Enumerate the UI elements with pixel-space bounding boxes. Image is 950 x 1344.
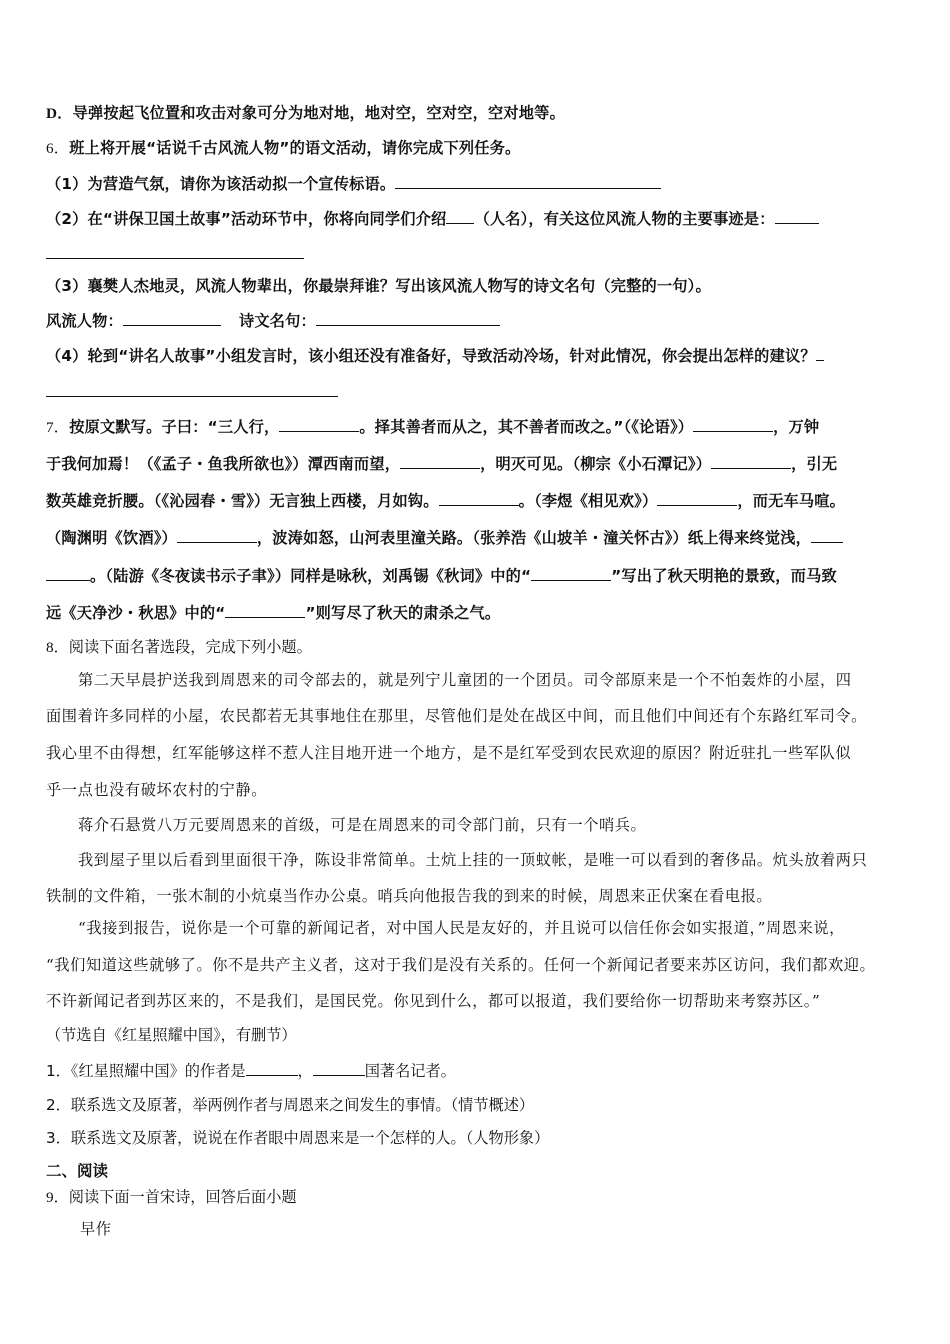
- q7-text: 于我何加焉！（《孟子・鱼我所欲也》）潭西南而望，: [46, 455, 400, 473]
- q8-sub1-text: 1．《红星照耀中国》的作者是: [46, 1062, 246, 1080]
- passage-line: 不许新闻记者到苏区来的，不是我们，是国民党。你见到什么，都可以报道，我们要给你一…: [46, 991, 820, 1011]
- recitation-blank[interactable]: [177, 527, 257, 543]
- quote-blank[interactable]: [316, 310, 500, 326]
- q9-stem: 9．阅读下面一首宋诗，回答后面小题: [46, 1187, 297, 1208]
- deeds-blank[interactable]: [775, 208, 819, 224]
- q8-sub1-text: 国著名记者。: [365, 1062, 456, 1080]
- q5-option-d: D．导弹按起飞位置和攻击对象可分为地对地，地对空，空对空，空对地等。: [46, 103, 565, 124]
- q7-text: 远《天净沙・秋思》中的“: [46, 604, 225, 622]
- recitation-blank[interactable]: [279, 416, 359, 432]
- q7-line-1: 7．按原文默写。子曰：“三人行，。择其善者而从之，其不善者而改之。”（《论语》）…: [46, 416, 819, 438]
- q7-text: 。（陆游《冬夜读书示子聿》）同样是咏秋，刘禹锡《秋词》中的“: [90, 567, 531, 585]
- q7-text: ”写出了秋天明艳的景致，而马致: [611, 567, 837, 585]
- q8-sub2: 2．联系选文及原著，举两例作者与周恩来之间发生的事情。（情节概述）: [46, 1095, 534, 1115]
- passage-line: 我心里不由得想，红军能够这样不惹人注目地开进一个地方，是不是红军受到农民欢迎的原…: [46, 743, 851, 763]
- q6-sub4-text: （4）轮到“讲名人故事”小组发言时，该小组还没有准备好，导致活动冷场，针对此情况…: [46, 347, 816, 365]
- q6-sub3: （3）襄樊人杰地灵，风流人物辈出，你最崇拜谁？写出该风流人物写的诗文名句（完整的…: [46, 276, 711, 296]
- recitation-blank[interactable]: [400, 453, 480, 469]
- exam-page: D．导弹按起飞位置和攻击对象可分为地对地，地对空，空对空，空对地等。 6．班上将…: [0, 0, 950, 1344]
- q6-sub3-answers: 风流人物：诗文名句：: [46, 310, 500, 331]
- q8-sub3: 3．联系选文及原著，说说在作者眼中周恩来是一个怎样的人。（人物形象）: [46, 1128, 549, 1148]
- q7-text: 。（李煜《相见欢》）: [519, 492, 658, 510]
- q7-line-2: 于我何加焉！（《孟子・鱼我所欲也》）潭西南而望，，明灭可见。（柳宗《小石潭记》）…: [46, 453, 837, 474]
- passage-line: “我接到报告，说你是一个可靠的新闻记者，对中国人民是友好的，并且说可以信任你会如…: [46, 918, 845, 938]
- q6-sub4: （4）轮到“讲名人故事”小组发言时，该小组还没有准备好，导致活动冷场，针对此情况…: [46, 345, 824, 366]
- passage-line: 乎一点也没有破坏农村的宁静。: [46, 780, 267, 800]
- recitation-blank[interactable]: [439, 490, 519, 506]
- q6-stem: 6．班上将开展“话说千古风流人物”的语文活动，请你完成下列任务。: [46, 138, 520, 159]
- q7-line-6: 远《天净沙・秋思》中的“”则写尽了秋天的肃杀之气。: [46, 602, 500, 623]
- q7-text: 。择其善者而从之，其不善者而改之。”（《论语》）: [359, 418, 693, 436]
- q7-line-5: 。（陆游《冬夜读书示子聿》）同样是咏秋，刘禹锡《秋词》中的“”写出了秋天明艳的景…: [46, 565, 837, 586]
- q7-text: ”则写尽了秋天的肃杀之气。: [305, 604, 500, 622]
- passage-line: 蒋介石悬赏八万元要周恩来的首级，可是在周恩来的司令部门前，只有一个哨兵。: [46, 815, 646, 835]
- q8-number: 8．: [46, 639, 69, 656]
- q7-text: 按原文默写。子曰：“三人行，: [69, 418, 279, 436]
- recitation-blank[interactable]: [531, 565, 611, 581]
- q9-stem-text: 阅读下面一首宋诗，回答后面小题: [69, 1188, 297, 1206]
- answer-blank[interactable]: [395, 173, 661, 189]
- q6-sub1-text: （1）为营造气氛，请你为该活动拟一个宣传标语。: [46, 175, 395, 193]
- answer-line[interactable]: [46, 396, 338, 397]
- q8-sub1: 1．《红星照耀中国》的作者是，国著名记者。: [46, 1060, 456, 1081]
- option-d-text: 导弹按起飞位置和攻击对象可分为地对地，地对空，空对空，空对地等。: [73, 104, 565, 122]
- q7-text: ，万钟: [773, 418, 819, 436]
- suggestion-blank[interactable]: [816, 345, 824, 361]
- q9-number: 9．: [46, 1189, 69, 1206]
- q8-sub1-text: ，: [298, 1062, 313, 1080]
- q7-text: （陶渊明《饮酒》）: [46, 529, 177, 547]
- q6-number: 6．: [46, 140, 69, 157]
- option-d-label: D．: [46, 105, 73, 122]
- passage-line: 面围着许多同样的小屋，农民都若无其事地住在那里，尽管他们是处在战区中间，而且他们…: [46, 706, 867, 726]
- passage-line: 第二天早晨护送我到周恩来的司令部去的，就是列宁儿童团的一个团员。司令部原来是一个…: [46, 670, 852, 690]
- q6-sub2-text-a: （2）在“讲保卫国土故事”活动环节中，你将向同学们介绍: [46, 210, 446, 228]
- passage-line: “我们知道这些就够了。你不是共产主义者，这对于我们是没有关系的。任何一个新闻记者…: [46, 955, 875, 975]
- q7-number: 7．: [46, 419, 69, 436]
- q7-line-3: 数英雄竞折腰。（《沁园春・雪》）无言独上西楼，月如钩。。（李煜《相见欢》），而无…: [46, 490, 845, 511]
- q7-text: ，引无: [791, 455, 837, 473]
- passage-line: 铁制的文件箱，一张木制的小炕桌当作办公桌。哨兵向他报告我的到来的时候，周恩来正伏…: [46, 886, 772, 906]
- q6-sub3-text: （3）襄樊人杰地灵，风流人物辈出，你最崇拜谁？写出该风流人物写的诗文名句（完整的…: [46, 277, 711, 295]
- poem-title: 早作: [80, 1219, 112, 1239]
- q6-stem-text: 班上将开展“话说千古风流人物”的语文活动，请你完成下列任务。: [69, 139, 520, 157]
- recitation-blank[interactable]: [657, 490, 737, 506]
- passage-line: 我到屋子里以后看到里面很干净，陈设非常简单。土炕上挂的一顶蚊帐，是唯一可以看到的…: [46, 850, 867, 870]
- q8-stem-text: 阅读下面名著选段，完成下列小题。: [69, 638, 312, 656]
- recitation-blank[interactable]: [225, 602, 305, 618]
- passage-source: （节选自《红星照耀中国》，有删节）: [46, 1025, 297, 1045]
- person-blank[interactable]: [123, 310, 221, 326]
- q6-sub2: （2）在“讲保卫国土故事”活动环节中，你将向同学们介绍（人名），有关这位风流人物…: [46, 208, 819, 229]
- q7-line-4: （陶渊明《饮酒》），波涛如怒，山河表里潼关路。（张养浩《山坡羊・潼关怀古》）纸上…: [46, 527, 843, 548]
- recitation-blank[interactable]: [693, 416, 773, 432]
- q7-text: ，明灭可见。（柳宗《小石潭记》）: [480, 455, 711, 473]
- q7-text: ，而无车马喧。: [737, 492, 845, 510]
- q6-sub1: （1）为营造气氛，请你为该活动拟一个宣传标语。: [46, 173, 661, 194]
- q7-text: 数英雄竞折腰。（《沁园春・雪》）无言独上西楼，月如钩。: [46, 492, 439, 510]
- country-blank[interactable]: [313, 1060, 365, 1076]
- q6-sub2-text-b: （人名），有关这位风流人物的主要事迹是：: [474, 210, 774, 228]
- recitation-blank[interactable]: [811, 527, 843, 543]
- q7-text: ，波涛如怒，山河表里潼关路。（张养浩《山坡羊・潼关怀古》）纸上得来终觉浅，: [257, 529, 811, 547]
- person-label: 风流人物：: [46, 312, 123, 330]
- quote-label: 诗文名句：: [239, 312, 316, 330]
- recitation-blank[interactable]: [46, 565, 90, 581]
- q8-stem: 8．阅读下面名著选段，完成下列小题。: [46, 637, 312, 658]
- answer-line[interactable]: [46, 258, 304, 259]
- person-name-blank[interactable]: [446, 208, 474, 224]
- recitation-blank[interactable]: [711, 453, 791, 469]
- author-blank[interactable]: [246, 1060, 298, 1076]
- section-heading: 二、阅读: [46, 1161, 108, 1181]
